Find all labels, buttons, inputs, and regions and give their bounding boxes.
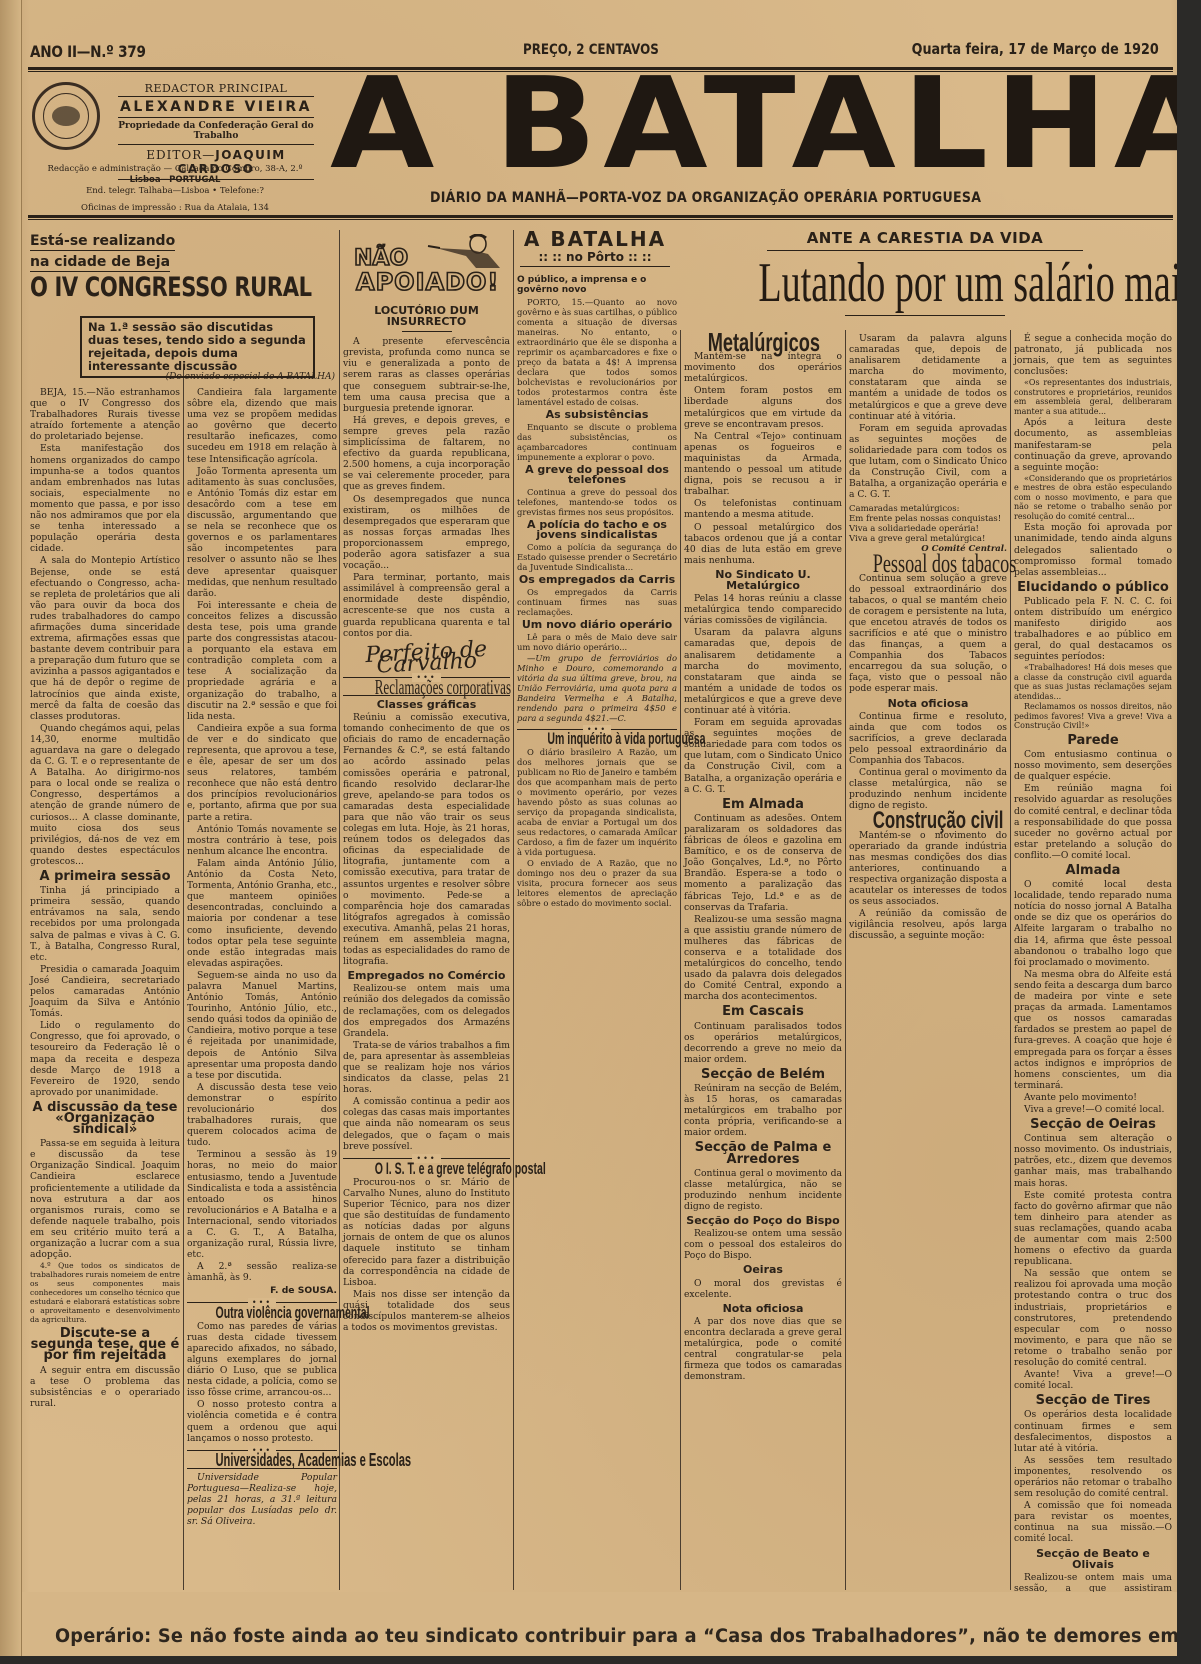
headline-reclamacoes: Reclamações corporativas: [343, 682, 510, 696]
carestia-headline: Lutando por um salário maior: [758, 253, 1091, 313]
article-porto: O público, a imprensa e o govêrno novo P…: [517, 272, 677, 909]
newspaper-page: ANO II—N.º 379 PREÇO, 2 CENTAVOS Quarta …: [0, 0, 1201, 1664]
headline-rule: [845, 315, 1005, 316]
headline-violencia: Outra violência governamental: [187, 1307, 337, 1318]
masthead-bottom-rule: [28, 215, 1173, 220]
nao-apoiado-header: NÃO APOIADO!: [348, 240, 508, 300]
section-locutorio: LOCUTÓRIO DUM INSURRECTO: [343, 305, 510, 327]
newspaper-subtitle: DIÁRIO DA MANHÃ—PORTA-VOZ DA ORGANIZAÇÃO…: [430, 190, 981, 206]
page-right-edge: [1177, 0, 1201, 1664]
address-line: Redacção e administração — Calçada do Co…: [30, 164, 320, 175]
footer-banner: Operário: Se não foste ainda ao teu sind…: [55, 1626, 1130, 1647]
address-block: Redacção e administração — Calçada do Co…: [30, 164, 320, 214]
article-metalurgicos-cont: Usaram da palavra alguns camaradas que, …: [849, 333, 1007, 943]
carestia-kicker: ANTE A CARESTIA DA VIDA: [767, 229, 1084, 251]
newspaper-title: A BATALHA: [330, 64, 1201, 184]
ownership-line: Propriedade da Confederação Geral do Tra…: [118, 118, 314, 145]
subhead-segunda-tese: Discute-se a segunda tese, que é por fim…: [30, 1328, 180, 1361]
article-congresso-col1: BEJA, 15.—Não estranhamos que o IV Congr…: [30, 387, 180, 1410]
headline-ist: O I. S. T. e a greve telégrafo postal: [343, 1163, 510, 1174]
column-rule: [1010, 330, 1011, 1590]
article-congresso-col2: Candieira fala largamente sôbre ela, diz…: [187, 387, 337, 1528]
page-left-edge: [0, 0, 22, 1664]
orator-illustration-icon: [426, 234, 506, 270]
porto-section-header: A BATALHA :: :: no Pôrto :: ::: [520, 228, 670, 267]
column-rule: [680, 330, 681, 1590]
subhead-metalurgicos: Metalúrgicos: [684, 337, 842, 348]
article-metalurgicos: Metalúrgicos Mantêm-se na íntegra o movi…: [684, 333, 842, 1383]
congresso-headline: O IV CONGRESSO RURAL: [30, 272, 268, 303]
address-city: Lisboa—PORTUGAL: [30, 175, 320, 186]
issue-number: ANO II—N.º 379: [30, 42, 146, 61]
handwritten-signature: Perfeito de Carvalho: [343, 642, 511, 673]
page-bottom-edge: [0, 1656, 1201, 1664]
congresso-kicker: Está-se realizando na cidade de Beja: [30, 230, 175, 272]
column-rule: [513, 230, 514, 1590]
redactor-name: ALEXANDRE VIEIRA: [118, 97, 314, 118]
headline-construcao: Construção civil: [849, 815, 1007, 826]
column-rule: [183, 370, 184, 1590]
headline-inquerito: Um inquérito à vida portuguesa: [517, 734, 677, 744]
congresso-summary-box: Na 1.ª sessão são discutidas duas teses,…: [80, 316, 315, 378]
headline-universidades: Universidades, Academias e Escolas: [187, 1455, 337, 1469]
manifesto-block: Camaradas metalúrgicos: Em frente pelas …: [849, 504, 1007, 554]
congresso-byline: (Do enviado especial de A BATALHA): [150, 372, 335, 382]
redactor-label: REDACTOR PRINCIPAL: [118, 82, 314, 97]
telegram-line: End. telegr. Talhaba—Lisboa • Telefone:?: [30, 186, 320, 197]
headline-tabacos: Pessoal dos tabacos: [849, 558, 1007, 569]
cgt-seal-icon: [32, 82, 100, 150]
subhead-organizacao-sindical: A discussão da tese «Organização sindica…: [30, 1102, 180, 1135]
carestia-header: ANTE A CARESTIA DA VIDA Lutando por um s…: [680, 228, 1170, 316]
article-signature: F. de SOUSA.: [187, 1285, 337, 1296]
article-nao-apoiado: LOCUTÓRIO DUM INSURRECTO A presente efer…: [343, 302, 510, 1334]
subhead-primeira-sessao: A primeira sessão: [30, 871, 180, 882]
column-rule: [339, 230, 340, 1590]
article-construcao-civil: É segue a conhecida moção do patronato, …: [1014, 333, 1172, 1628]
column-rule: [845, 330, 846, 1590]
printing-line: Oficinas de impressão : Rua da Atalaia, …: [30, 203, 320, 214]
